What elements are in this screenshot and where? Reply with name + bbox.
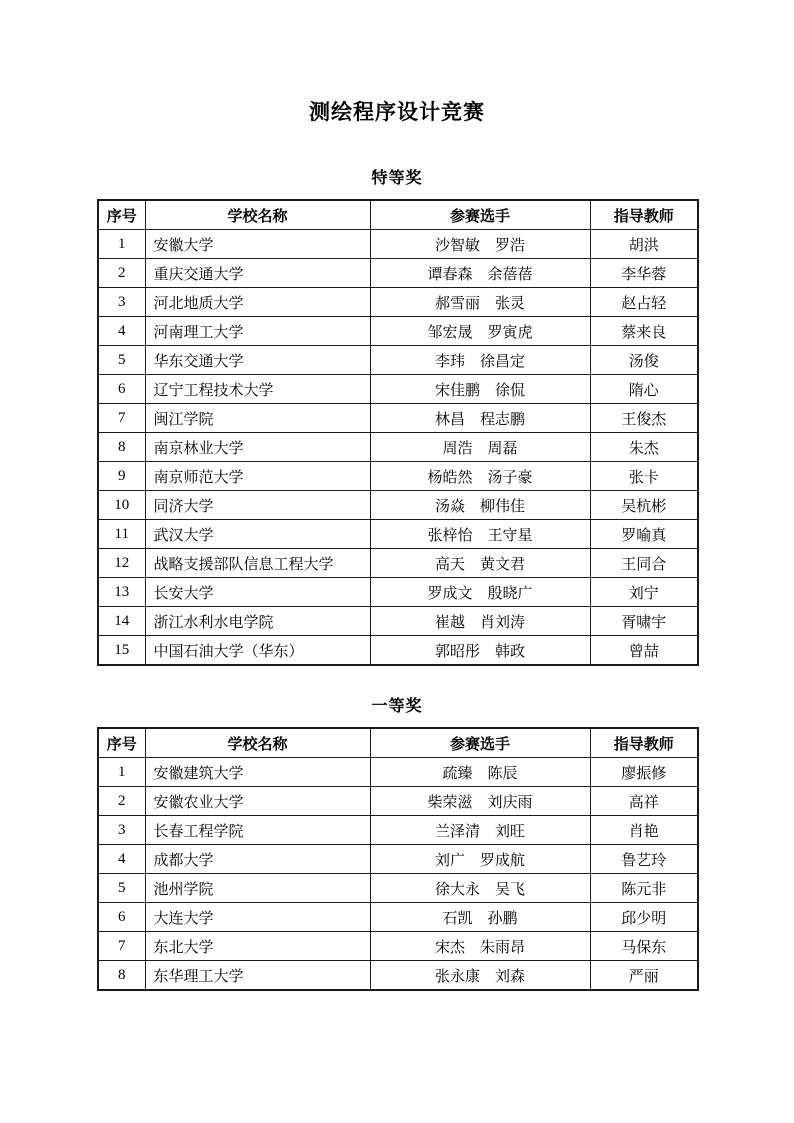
cell-rank: 2 — [98, 787, 145, 816]
table-row: 2安徽农业大学柴荣滋 刘庆雨高祥 — [98, 787, 698, 816]
cell-school: 武汉大学 — [145, 520, 370, 549]
table-row: 1安徽建筑大学疏臻 陈辰廖振修 — [98, 758, 698, 787]
table-row: 3长春工程学院兰泽清 刘旺肖艳 — [98, 816, 698, 845]
column-header-teacher: 指导教师 — [590, 728, 698, 758]
cell-rank: 11 — [98, 520, 145, 549]
table-header-row: 序号 学校名称 参赛选手 指导教师 — [98, 200, 698, 230]
table-row: 8南京林业大学周浩 周磊朱杰 — [98, 433, 698, 462]
cell-rank: 1 — [98, 230, 145, 259]
table-row: 4河南理工大学邹宏晟 罗寅虎蔡来良 — [98, 317, 698, 346]
cell-players: 张永康 刘森 — [370, 961, 590, 991]
cell-rank: 9 — [98, 462, 145, 491]
cell-players: 石凯 孙鹏 — [370, 903, 590, 932]
cell-rank: 2 — [98, 259, 145, 288]
cell-school: 安徽大学 — [145, 230, 370, 259]
document-title: 测绘程序设计竞赛 — [0, 100, 794, 125]
cell-school: 东北大学 — [145, 932, 370, 961]
cell-school: 成都大学 — [145, 845, 370, 874]
cell-players: 汤焱 柳伟佳 — [370, 491, 590, 520]
table-row: 5池州学院徐大永 吴飞陈元非 — [98, 874, 698, 903]
cell-teacher: 张卡 — [590, 462, 698, 491]
cell-school: 南京师范大学 — [145, 462, 370, 491]
cell-rank: 7 — [98, 404, 145, 433]
column-header-school: 学校名称 — [145, 200, 370, 230]
column-header-rank: 序号 — [98, 728, 145, 758]
table-row: 14浙江水利水电学院崔越 肖刘涛胥啸宇 — [98, 607, 698, 636]
cell-rank: 8 — [98, 433, 145, 462]
table-row: 11武汉大学张梓怡 王守星罗喻真 — [98, 520, 698, 549]
cell-teacher: 马保东 — [590, 932, 698, 961]
cell-teacher: 王同合 — [590, 549, 698, 578]
cell-rank: 15 — [98, 636, 145, 666]
table-row: 3河北地质大学郝雪丽 张灵赵占轻 — [98, 288, 698, 317]
cell-teacher: 廖振修 — [590, 758, 698, 787]
cell-rank: 1 — [98, 758, 145, 787]
section-heading-special-prize: 特等奖 — [0, 168, 794, 190]
cell-school: 河北地质大学 — [145, 288, 370, 317]
cell-rank: 10 — [98, 491, 145, 520]
cell-rank: 3 — [98, 288, 145, 317]
cell-teacher: 高祥 — [590, 787, 698, 816]
table-row: 2重庆交通大学谭春森 余蓓蓓李华蓉 — [98, 259, 698, 288]
table-row: 15中国石油大学（华东）郭昭彤 韩政曾喆 — [98, 636, 698, 666]
cell-players: 郭昭彤 韩政 — [370, 636, 590, 666]
cell-school: 东华理工大学 — [145, 961, 370, 991]
cell-teacher: 肖艳 — [590, 816, 698, 845]
cell-teacher: 胥啸宇 — [590, 607, 698, 636]
special-prize-table: 序号 学校名称 参赛选手 指导教师 1安徽大学沙智敏 罗浩胡洪2重庆交通大学谭春… — [97, 199, 699, 666]
cell-rank: 5 — [98, 346, 145, 375]
cell-teacher: 汤俊 — [590, 346, 698, 375]
cell-school: 大连大学 — [145, 903, 370, 932]
cell-teacher: 李华蓉 — [590, 259, 698, 288]
table-row: 8东华理工大学张永康 刘森严丽 — [98, 961, 698, 991]
table-row: 5华东交通大学李玮 徐昌定汤俊 — [98, 346, 698, 375]
cell-players: 罗成文 殷晓广 — [370, 578, 590, 607]
column-header-school: 学校名称 — [145, 728, 370, 758]
cell-players: 高天 黄文君 — [370, 549, 590, 578]
cell-teacher: 曾喆 — [590, 636, 698, 666]
cell-players: 兰泽清 刘旺 — [370, 816, 590, 845]
table-row: 9南京师范大学杨皓然 汤子豪张卡 — [98, 462, 698, 491]
first-prize-table: 序号 学校名称 参赛选手 指导教师 1安徽建筑大学疏臻 陈辰廖振修2安徽农业大学… — [97, 727, 699, 991]
cell-rank: 12 — [98, 549, 145, 578]
cell-rank: 5 — [98, 874, 145, 903]
cell-rank: 13 — [98, 578, 145, 607]
cell-players: 疏臻 陈辰 — [370, 758, 590, 787]
table-row: 12战略支援部队信息工程大学高天 黄文君王同合 — [98, 549, 698, 578]
column-header-players: 参赛选手 — [370, 728, 590, 758]
cell-players: 李玮 徐昌定 — [370, 346, 590, 375]
cell-school: 浙江水利水电学院 — [145, 607, 370, 636]
cell-rank: 8 — [98, 961, 145, 991]
cell-school: 河南理工大学 — [145, 317, 370, 346]
cell-teacher: 王俊杰 — [590, 404, 698, 433]
document-page: 测绘程序设计竞赛 特等奖 序号 学校名称 参赛选手 指导教师 1安徽大学沙智敏 … — [0, 0, 794, 1123]
cell-school: 安徽建筑大学 — [145, 758, 370, 787]
cell-players: 张梓怡 王守星 — [370, 520, 590, 549]
cell-rank: 7 — [98, 932, 145, 961]
column-header-players: 参赛选手 — [370, 200, 590, 230]
cell-teacher: 鲁艺玲 — [590, 845, 698, 874]
table-row: 13长安大学罗成文 殷晓广刘宁 — [98, 578, 698, 607]
cell-school: 南京林业大学 — [145, 433, 370, 462]
cell-players: 柴荣滋 刘庆雨 — [370, 787, 590, 816]
cell-players: 林昌 程志鹏 — [370, 404, 590, 433]
table-row: 7闽江学院林昌 程志鹏王俊杰 — [98, 404, 698, 433]
cell-rank: 6 — [98, 375, 145, 404]
cell-rank: 4 — [98, 317, 145, 346]
table-row: 1安徽大学沙智敏 罗浩胡洪 — [98, 230, 698, 259]
cell-school: 闽江学院 — [145, 404, 370, 433]
cell-players: 宋杰 朱雨昂 — [370, 932, 590, 961]
cell-players: 杨皓然 汤子豪 — [370, 462, 590, 491]
table-row: 7东北大学宋杰 朱雨昂马保东 — [98, 932, 698, 961]
cell-players: 崔越 肖刘涛 — [370, 607, 590, 636]
column-header-rank: 序号 — [98, 200, 145, 230]
cell-players: 郝雪丽 张灵 — [370, 288, 590, 317]
column-header-teacher: 指导教师 — [590, 200, 698, 230]
cell-school: 安徽农业大学 — [145, 787, 370, 816]
cell-teacher: 刘宁 — [590, 578, 698, 607]
cell-players: 周浩 周磊 — [370, 433, 590, 462]
cell-players: 宋佳鹏 徐侃 — [370, 375, 590, 404]
cell-teacher: 邱少明 — [590, 903, 698, 932]
cell-players: 刘广 罗成航 — [370, 845, 590, 874]
table-header-row: 序号 学校名称 参赛选手 指导教师 — [98, 728, 698, 758]
cell-players: 沙智敏 罗浩 — [370, 230, 590, 259]
cell-teacher: 罗喻真 — [590, 520, 698, 549]
cell-players: 谭春森 余蓓蓓 — [370, 259, 590, 288]
cell-school: 辽宁工程技术大学 — [145, 375, 370, 404]
section-heading-first-prize: 一等奖 — [0, 696, 794, 718]
cell-players: 邹宏晟 罗寅虎 — [370, 317, 590, 346]
cell-rank: 14 — [98, 607, 145, 636]
cell-teacher: 吴杭彬 — [590, 491, 698, 520]
table-row: 10同济大学汤焱 柳伟佳吴杭彬 — [98, 491, 698, 520]
cell-school: 华东交通大学 — [145, 346, 370, 375]
cell-teacher: 朱杰 — [590, 433, 698, 462]
table-row: 6大连大学石凯 孙鹏邱少明 — [98, 903, 698, 932]
cell-school: 长春工程学院 — [145, 816, 370, 845]
cell-players: 徐大永 吴飞 — [370, 874, 590, 903]
cell-school: 池州学院 — [145, 874, 370, 903]
cell-teacher: 陈元非 — [590, 874, 698, 903]
cell-teacher: 赵占轻 — [590, 288, 698, 317]
cell-teacher: 严丽 — [590, 961, 698, 991]
cell-rank: 6 — [98, 903, 145, 932]
cell-school: 同济大学 — [145, 491, 370, 520]
cell-school: 战略支援部队信息工程大学 — [145, 549, 370, 578]
cell-rank: 4 — [98, 845, 145, 874]
cell-rank: 3 — [98, 816, 145, 845]
cell-school: 中国石油大学（华东） — [145, 636, 370, 666]
cell-school: 长安大学 — [145, 578, 370, 607]
cell-teacher: 蔡来良 — [590, 317, 698, 346]
table-row: 4成都大学刘广 罗成航鲁艺玲 — [98, 845, 698, 874]
cell-teacher: 隋心 — [590, 375, 698, 404]
cell-school: 重庆交通大学 — [145, 259, 370, 288]
table-row: 6辽宁工程技术大学宋佳鹏 徐侃隋心 — [98, 375, 698, 404]
cell-teacher: 胡洪 — [590, 230, 698, 259]
